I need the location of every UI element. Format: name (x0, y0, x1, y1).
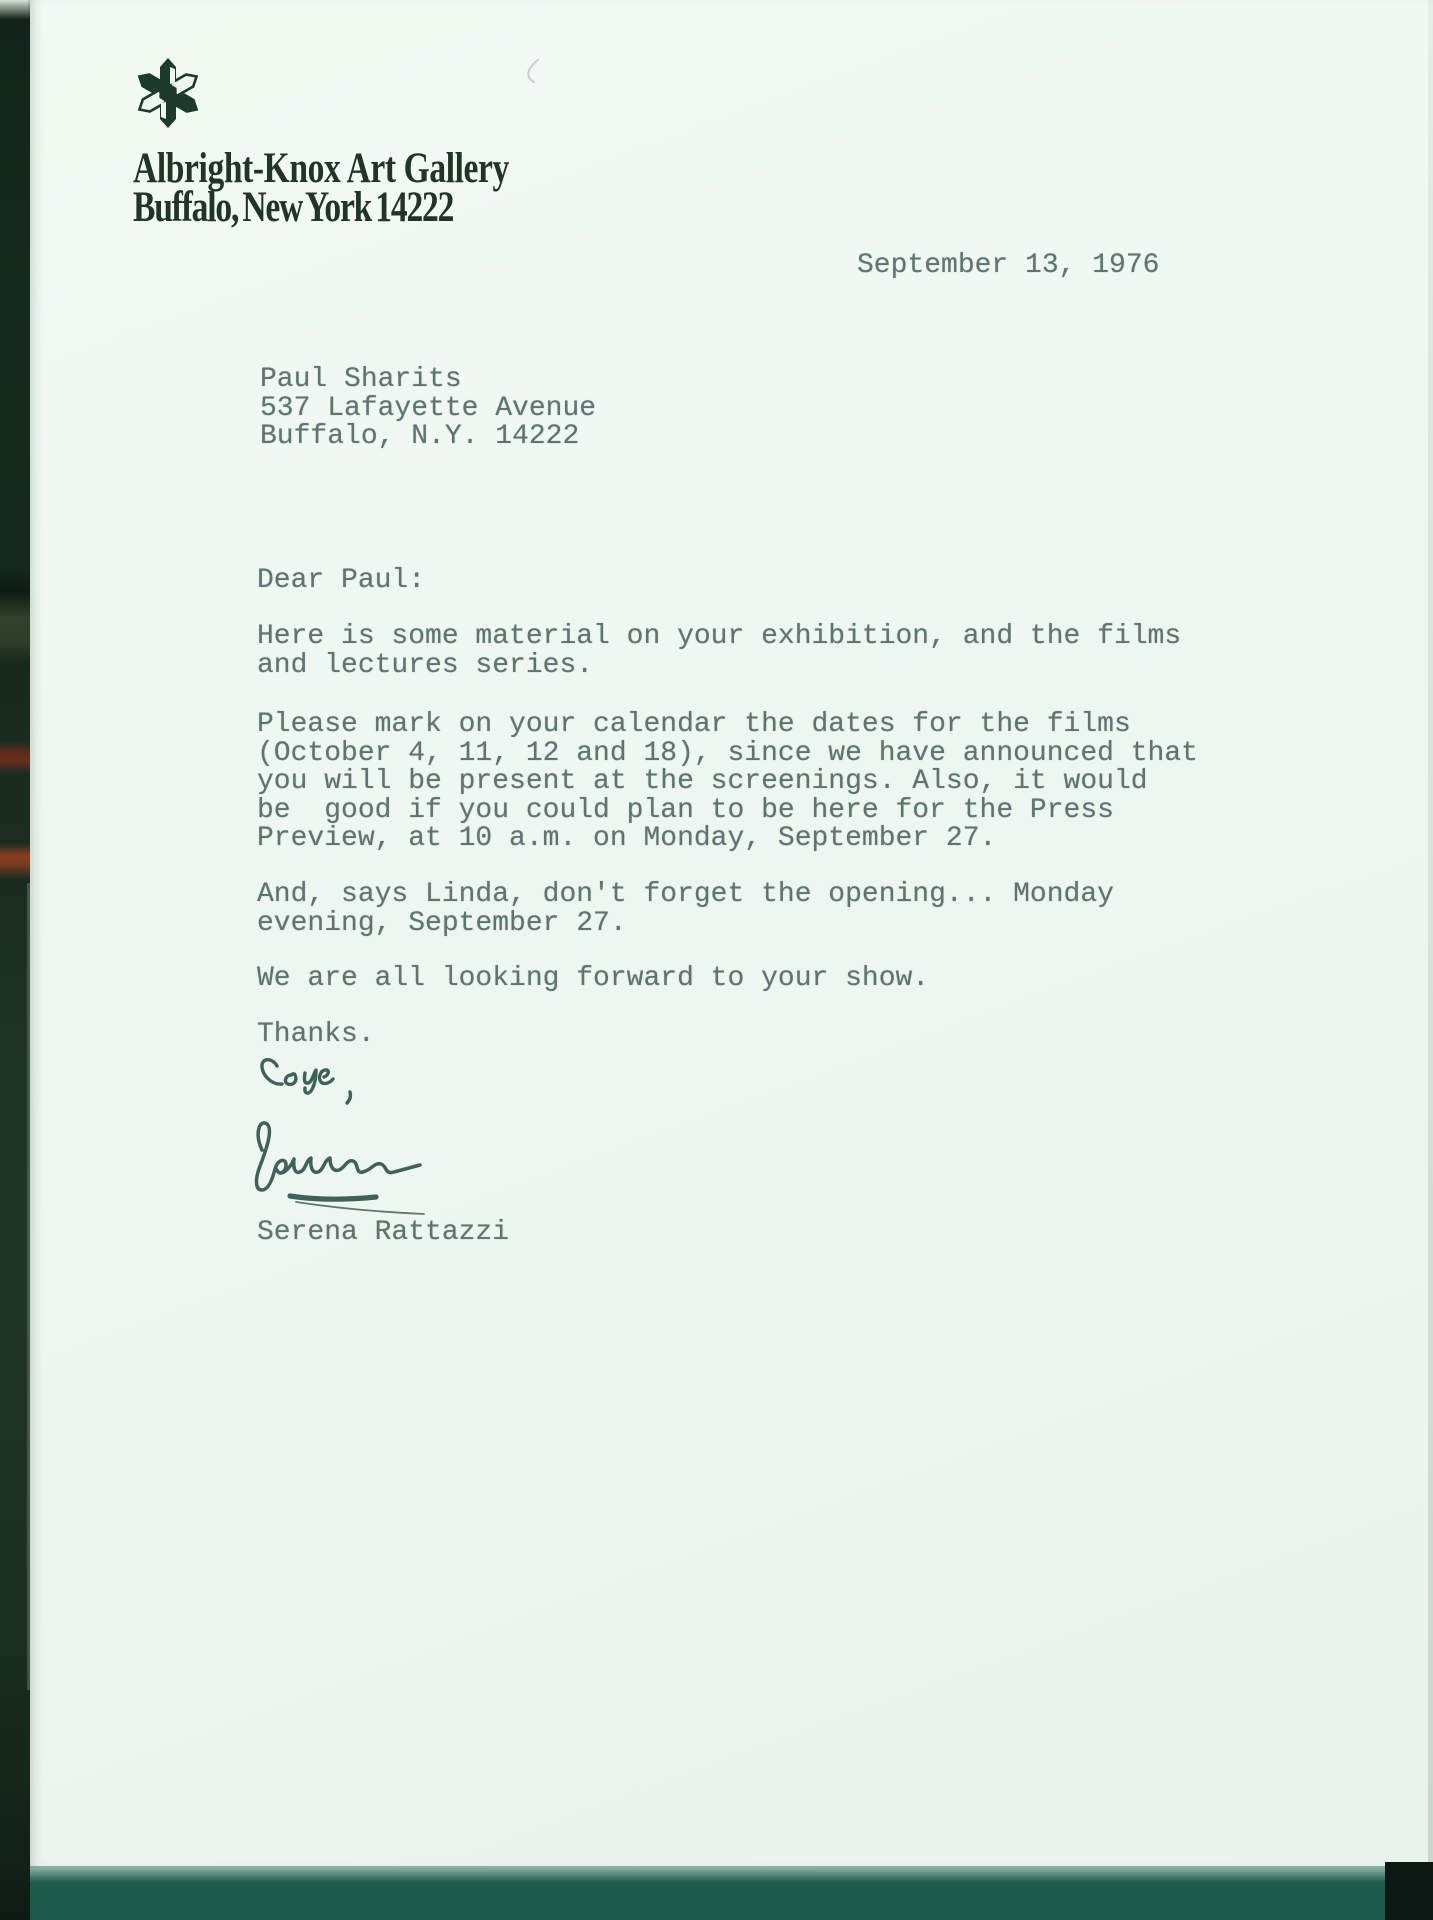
date-line: September 13, 1976 (857, 252, 1159, 281)
paper-right-edge-shading (1428, 0, 1433, 1868)
handwritten-signature (244, 1114, 494, 1226)
body-paragraph-5: Thanks. (257, 1021, 375, 1050)
corner-shadow (1385, 1862, 1433, 1920)
body-paragraph-4: We are all looking forward to your show. (257, 965, 929, 994)
body-paragraph-2: Please mark on your calendar the dates f… (257, 711, 1198, 854)
recipient-address-block: Paul Sharits 537 Lafayette Avenue Buffal… (260, 366, 596, 452)
letterhead-org-address: Buffalo, New York 14222 (133, 186, 453, 229)
handwritten-closing-love (250, 1054, 400, 1120)
body-paragraph-3: And, says Linda, don't forget the openin… (257, 881, 1114, 938)
typed-signature-name: Serena Rattazzi (257, 1219, 509, 1248)
salutation: Dear Paul: (257, 567, 425, 596)
paper-scratch-mark (512, 52, 552, 96)
book-spine-strip (0, 0, 30, 1920)
scanned-letter-page: Albright-Knox Art Gallery Buffalo, New Y… (0, 0, 1433, 1920)
body-paragraph-1: Here is some material on your exhibition… (257, 623, 1181, 680)
background-mat (0, 1866, 1433, 1920)
asterisk-logo-icon (134, 56, 202, 130)
